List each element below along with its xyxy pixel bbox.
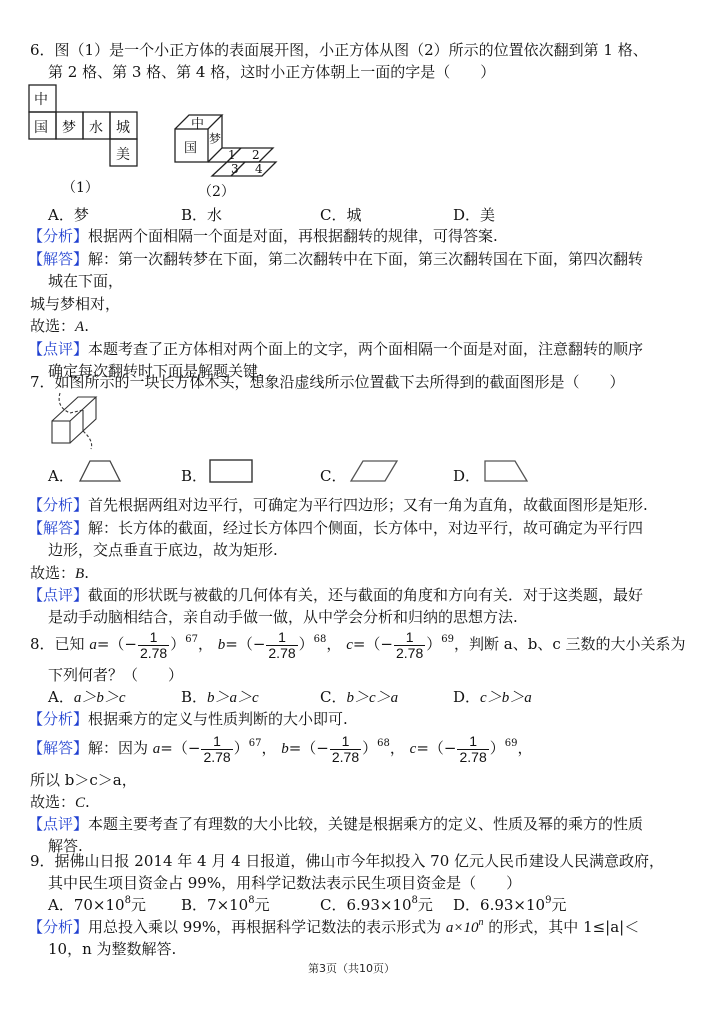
comment-tag: 【点评】 [28,586,88,604]
q6-option-d: D．美 [453,205,495,225]
solution-tag: 【解答】 [28,250,88,268]
q9-stem-line2: 其中民生项目资金占 99%，用科学记数法表示民生项目资金是（ ） [48,873,521,893]
q6-comment-line1: 【点评】本题考查了正方体相对两个面上的文字，两个面相隔一个面是对面，注意翻转的顺… [28,339,643,359]
q6-figure2-caption: （2） [198,182,235,202]
answer: B [75,566,84,582]
net-cell-cheng: 城 [116,117,130,137]
q6-figure1-cube-net: 中 国 梦 水 城 美 [28,84,140,166]
fraction: 12.78 [394,630,425,661]
answer: A [75,319,84,335]
solution-tag: 【解答】 [28,739,88,757]
net-cell-guo: 国 [34,117,48,137]
cube-front-face: 国 [184,137,197,156]
fraction: 12.78 [330,734,361,765]
q7-stem: 7．如图所示的一块长方体木头，想象沿虚线所示位置截下去所得到的截面图形是（ ） [30,372,625,392]
rectangle-shape-icon [209,459,253,483]
net-cell-shui: 水 [89,117,103,137]
analysis-tag: 【分析】 [28,496,88,514]
q7-option-b: B． [181,466,207,486]
exam-page: 6．图（1）是一个小正方体的表面展开图，小正方体从图（2）所示的位置依次翻到第 … [0,0,703,1024]
q7-option-d: D． [453,466,480,486]
q7-option-a: A． [48,466,74,486]
grid-cell-3: 3 [231,162,239,176]
cube-side-face: 梦 [209,130,221,147]
answer: C [75,795,85,811]
q7-comment-line1: 【点评】截面的形状既与被截的几何体有关，还与截面的角度和方向有关．对于这类题，最… [28,585,643,605]
fraction: 12.78 [138,630,169,661]
q8-option-d: D．c＞b＞a [453,687,532,708]
q7-solution-line1: 【解答】解：长方体的截面，经过长方体四个侧面，长方体中，对边平行，故可确定为平行… [28,518,643,538]
q8-choose: 故选：C. [30,792,90,813]
net-cell-zhong: 中 [34,89,48,109]
analysis-tag: 【分析】 [28,227,88,245]
comment-tag: 【点评】 [28,340,88,358]
q6-option-c: C．城 [320,205,362,225]
q8-stem-line2: 下列何者？（ ） [48,665,183,685]
q6-choose: 故选：A. [30,316,89,337]
q6-solution-line2: 城在下面， [48,271,123,291]
q6-solution-line1: 【解答】解：第一次翻转梦在下面，第二次翻转中在下面，第三次翻转国在下面，第四次翻… [28,249,643,269]
q8-comment-line1: 【点评】本题主要考查了有理数的大小比较，关键是根据乘方的定义、性质及幂的乘方的性… [28,814,643,834]
cube-top-face: 中 [191,113,204,132]
q7-solution-line2: 边形，交点垂直于底边，故为矩形. [48,540,278,560]
fraction: 12.78 [201,734,232,765]
grid-cell-1: 1 [228,148,236,162]
q6-analysis: 【分析】根据两个面相隔一个面是对面，再根据翻转的规律，可得答案. [28,226,498,246]
q6-option-a: A．梦 [48,205,89,225]
q9-option-b: B．7×108元 [181,895,270,915]
q9-analysis-line1: 【分析】用总投入乘以 99%，再根据科学记数法的表示形式为 a×10n 的形式，… [28,917,639,938]
q9-option-c: C．6.93×108元 [320,895,433,915]
q9-option-d: D．6.93×109元 [453,895,566,915]
analysis-tag: 【分析】 [28,918,88,936]
net-cell-mei: 美 [116,144,130,164]
q7-option-c: C． [320,466,346,486]
q9-option-a: A．70×108元 [48,895,146,915]
fraction: 12.78 [266,630,297,661]
q8-stem-line1: 8．已知 a=（−12.78）67， b=（−12.78）68， c=（−12.… [30,624,685,665]
q7-cuboid-figure [48,393,108,451]
net-cell-meng: 梦 [62,117,76,137]
grid-cell-4: 4 [255,162,263,176]
analysis-tag: 【分析】 [28,710,88,728]
q8-option-a: A．a＞b＞c [48,687,126,708]
page-footer: 第3页（共10页） [0,960,703,976]
comment-tag: 【点评】 [28,815,88,833]
q6-stem-line1: 6．图（1）是一个小正方体的表面展开图，小正方体从图（2）所示的位置依次翻到第 … [30,40,648,60]
q7-choose: 故选：B. [30,563,89,584]
q6-figure2-cube-grid: 中 国 梦 1 2 3 4 [172,112,282,192]
q6-figure1-caption: （1） [62,178,99,198]
q8-analysis: 【分析】根据乘方的定义与性质判断的大小即可. [28,709,348,729]
solution-tag: 【解答】 [28,519,88,537]
trapezoid-shape-icon [78,459,122,483]
q6-stem-line2: 第 2 格、第 3 格、第 4 格，这时小正方体朝上一面的字是（ ） [48,62,495,82]
q7-analysis: 【分析】首先根据两组对边平行，可确定为平行四边形；又有一角为直角，故截面图形是矩… [28,495,648,515]
grid-cell-2: 2 [252,148,260,162]
q6-solution-line3: 城与梦相对， [30,294,120,314]
q8-option-c: C．b＞c＞a [320,687,398,708]
q8-solution-line2: 所以 b＞c＞a， [30,770,137,790]
q9-analysis-line2: 10，n 为整数解答. [48,939,176,959]
q6-option-b: B．水 [181,205,222,225]
q9-stem-line1: 9．据佛山日报 2014 年 4 月 4 日报道，佛山市今年拟投入 70 亿元人… [30,851,664,871]
q8-solution-line1: 【解答】解：因为 a=（−12.78）67， b=（−12.78）68， c=（… [28,728,533,769]
q8-option-b: B．b＞a＞c [181,687,259,708]
right-trapezoid-shape-icon [483,459,529,483]
fraction: 12.78 [457,734,488,765]
parallelogram-shape-icon [349,459,399,483]
